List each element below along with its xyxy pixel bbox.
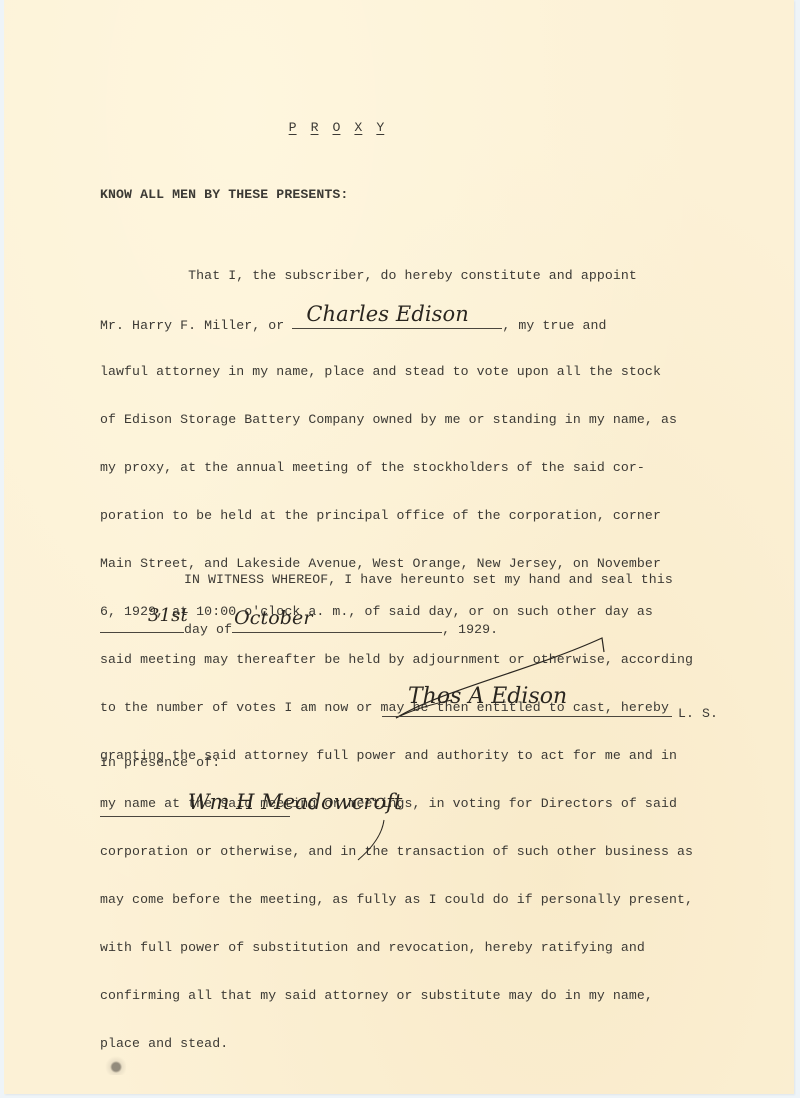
edison-signature: Thos A Edison <box>408 684 567 709</box>
body-line-suffix: , my true and <box>502 318 606 333</box>
day-blank: 31st <box>100 620 184 633</box>
title-letter: P <box>289 120 297 136</box>
body-line-proxy-name: Mr. Harry F. Miller, or Charles Edison, … <box>100 316 693 332</box>
body-line: may come before the meeting, as fully as… <box>100 892 693 908</box>
title-letter: Y <box>376 120 384 136</box>
title-letter: O <box>333 120 341 136</box>
body-line: my proxy, at the annual meeting of the s… <box>100 460 693 476</box>
handwritten-proxy-name: Charles Edison <box>306 306 469 322</box>
body-line-prefix: Mr. Harry F. Miller, or <box>100 318 292 333</box>
body-line: of Edison Storage Battery Company owned … <box>100 412 693 428</box>
proxy-name-blank: Charles Edison <box>292 316 502 329</box>
body-line: with full power of substitution and revo… <box>100 940 693 956</box>
document-title: PROXY <box>257 104 398 152</box>
proxy-document-page: PROXY KNOW ALL MEN BY THESE PRESENTS: Th… <box>4 0 794 1094</box>
body-line: That I, the subscriber, do hereby consti… <box>100 268 693 284</box>
witness-signature-tail-icon <box>100 780 400 870</box>
title-letter: R <box>311 120 319 136</box>
ink-stamp-mark <box>104 1055 126 1075</box>
handwritten-day: 31st <box>148 608 188 624</box>
presence-label: In presence of: <box>100 755 220 771</box>
handwritten-month: October <box>234 610 312 626</box>
body-line: place and stead. <box>100 1036 693 1052</box>
seal-label: L. S. <box>678 706 718 722</box>
body-line: poration to be held at the principal off… <box>100 508 693 524</box>
body-line: confirming all that my said attorney or … <box>100 988 693 1004</box>
witness-signature-block: Wm H Meadowcroft <box>100 780 400 870</box>
signature-line <box>382 716 672 717</box>
day-of-label: day of <box>184 622 232 637</box>
title-letter: X <box>354 120 362 136</box>
signature-block: Thos A Edison L. S. <box>382 630 722 730</box>
body-line: lawful attorney in my name, place and st… <box>100 364 693 380</box>
document-heading: KNOW ALL MEN BY THESE PRESENTS: <box>100 187 348 203</box>
signature-flourish-icon <box>382 630 722 730</box>
witness-clause-line: IN WITNESS WHEREOF, I have hereunto set … <box>100 572 673 588</box>
